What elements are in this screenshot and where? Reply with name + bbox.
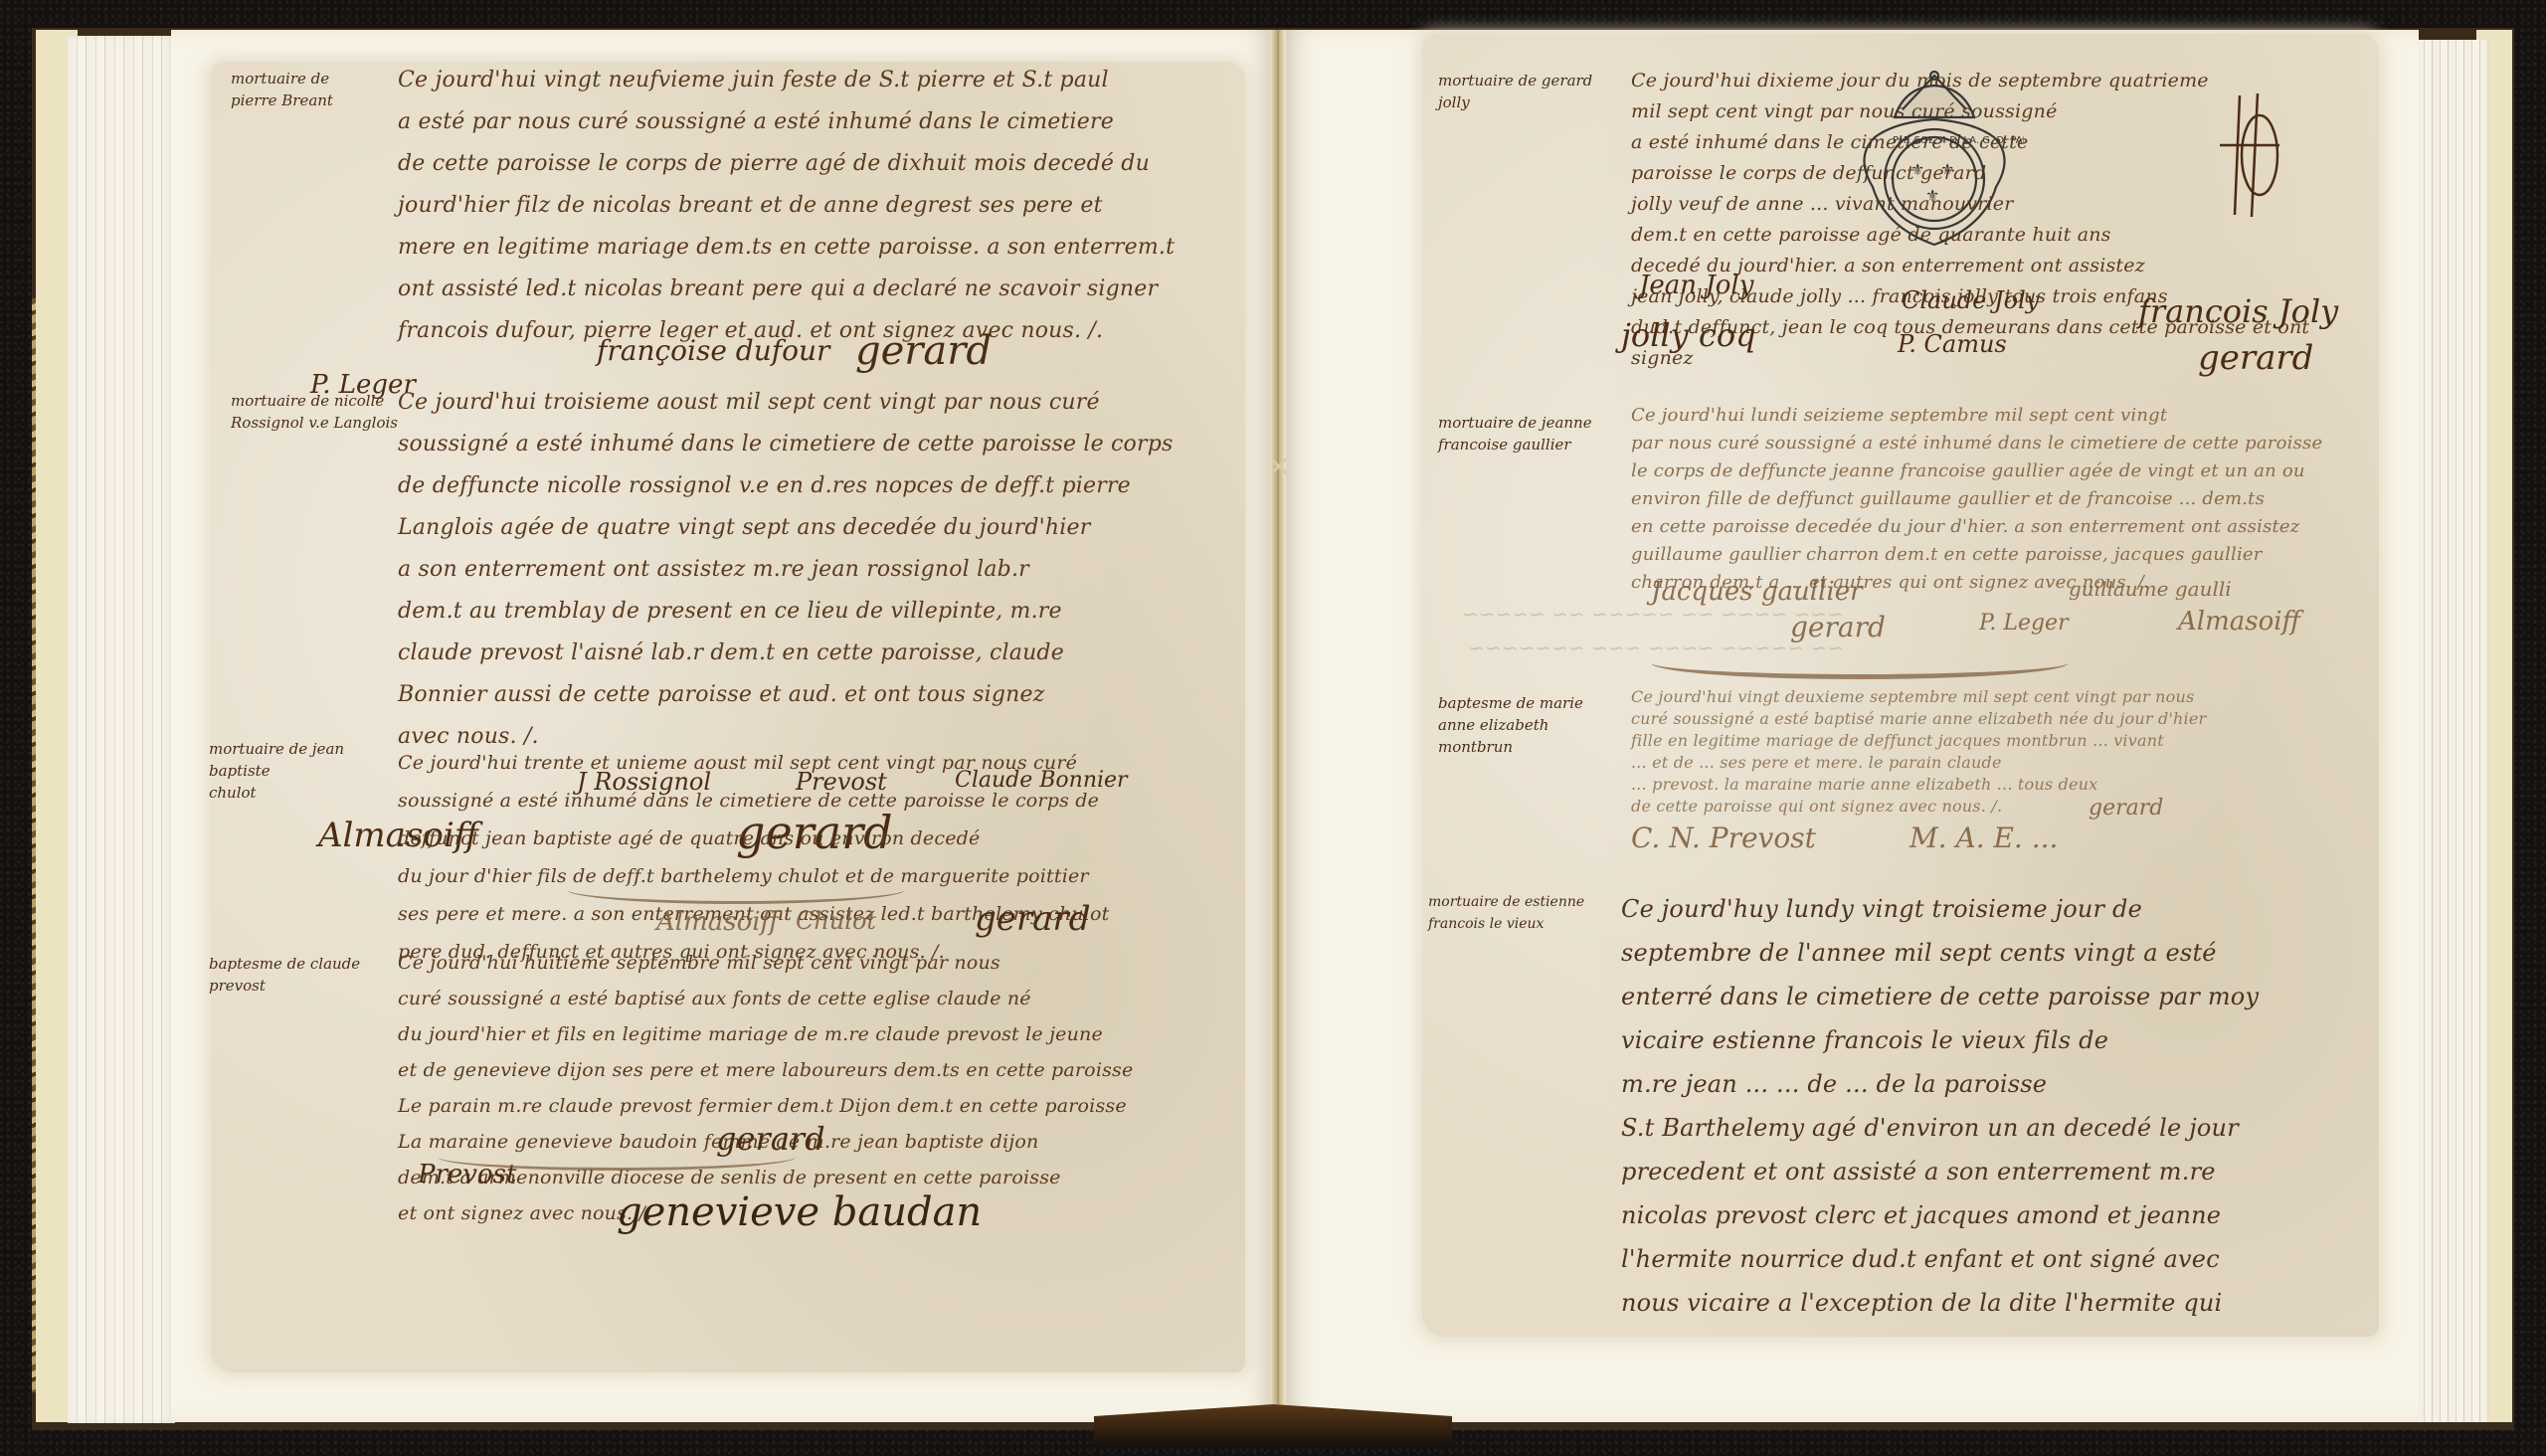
margin-title-line: francoise gaullier <box>1438 436 1571 454</box>
svg-text:⚜: ⚜ <box>1940 160 1954 179</box>
entry-line: de deffuncte nicolle rossignol v.e en d.… <box>398 465 1173 507</box>
entry-line: deffunct jean baptiste agé de quatre ans… <box>398 819 1110 857</box>
margin-title-line: mortuaire de gerard <box>1438 72 1592 90</box>
binding-thread-icon: ✕ <box>1261 453 1297 482</box>
stamp-text: P. P. SOL. 4 D. LA. G. D. PARIS <box>1893 135 2024 146</box>
entry-line: Ce jourd'huy lundy vingt troisieme jour … <box>1621 887 2259 931</box>
bleed-through-text: ~~~ ~~~~ ~~ ~~~~~ ~~ ~~~~~ ~~ ~~~~~ ~~~~… <box>1462 597 1844 664</box>
entry-line: et de genevieve dijon ses pere et mere l… <box>398 1052 1133 1088</box>
entry-line: precedent et ont assisté a son enterreme… <box>1621 1150 2259 1193</box>
signature: C. N. Prevost <box>1631 821 1816 854</box>
entry-line: a son enterrement ont assistez m.re jean… <box>398 549 1173 591</box>
entry-line: Ce jourd'hui huitieme septembre mil sept… <box>398 945 1133 981</box>
entry-line: par nous curé soussigné a esté inhumé da… <box>1631 430 2322 457</box>
signature: guillaume gaulli <box>2069 577 2232 601</box>
signature-flourish <box>438 1144 796 1171</box>
signature: P. Camus <box>1898 330 2007 358</box>
entry-line: S.t Barthelemy agé d'environ un an deced… <box>1621 1106 2259 1150</box>
entry-line: septembre de l'annee mil sept cents ving… <box>1621 931 2259 975</box>
signature: gerard <box>2198 338 2313 378</box>
entry-line: Le parain m.re claude prevost fermier de… <box>398 1088 1133 1124</box>
signature: françoise dufour <box>597 334 829 367</box>
book-gutter <box>1270 30 1286 1432</box>
entry-line: curé soussigné a esté baptisé marie anne… <box>1631 708 2206 730</box>
margin-title-line: mortuaire de jean baptiste <box>209 740 344 780</box>
entry-line: le corps de deffuncte jeanne francoise g… <box>1631 457 2322 485</box>
register-entry-burial-estienne-francois-le-vieux: Ce jourd'huy lundy vingt troisieme jour … <box>1621 887 2259 1325</box>
signature: Jean Joly <box>1639 271 1753 300</box>
margin-title-line: baptesme de claude <box>209 955 360 973</box>
entry-line: claude prevost l'aisné lab.r dem.t en ce… <box>398 633 1173 674</box>
entry-line: Ce jourd'hui trente et unieme aoust mil … <box>398 744 1110 782</box>
entry-line: Langlois agée de quatre vingt sept ans d… <box>398 507 1173 549</box>
margin-title-line: jolly <box>1438 93 1470 111</box>
margin-title-line: chulot <box>209 784 257 802</box>
svg-text:⚜: ⚜ <box>1925 186 1939 205</box>
margin-mark-icon <box>2210 86 2289 225</box>
margin-title-line: prevost <box>209 977 266 995</box>
entry-line: Ce jourd'hui vingt neufvieme juin feste … <box>398 60 1175 101</box>
margin-title: baptesme de claude prevost <box>209 953 408 997</box>
entry-line: du jour d'hier fils de deff.t barthelemy… <box>398 857 1110 895</box>
register-entry-burial-pierre-breant: Ce jourd'hui vingt neufvieme juin feste … <box>398 60 1175 352</box>
margin-title: mortuaire de gerard jolly <box>1438 70 1637 113</box>
margin-title-line: mortuaire de nicolle <box>231 392 384 410</box>
entry-line: enterré dans le cimetiere de cette paroi… <box>1621 975 2259 1018</box>
margin-title-line: Rossignol v.e Langlois <box>231 414 398 432</box>
svg-text:⚜: ⚜ <box>1910 160 1924 179</box>
signature: gerard <box>855 328 992 374</box>
entry-line: vicaire estienne francois le vieux fils … <box>1621 1018 2259 1062</box>
entry-line: curé soussigné a esté baptisé aux fonts … <box>398 981 1133 1016</box>
entry-line: jourd'hier filz de nicolas breant et de … <box>398 185 1175 227</box>
signature: francois Joly <box>2138 292 2338 330</box>
entry-line: mere en legitime mariage dem.ts en cette… <box>398 227 1175 269</box>
signature: genevieve baudan <box>617 1189 982 1235</box>
margin-title-line: mortuaire de <box>231 70 329 88</box>
entry-line: fille en legitime mariage de deffunct ja… <box>1631 730 2206 752</box>
entry-line: l'hermite nourrice dud.t enfant et ont s… <box>1621 1237 2259 1281</box>
margin-title: mortuaire de jeanne francoise gaullier <box>1438 412 1637 455</box>
margin-title: mortuaire de jean baptiste chulot <box>209 738 408 804</box>
signature: jolly coq <box>1621 316 1756 354</box>
entry-line: ... prevost. la maraine marie anne eliza… <box>1631 774 2206 796</box>
register-entry-burial-jeanne-francoise-gaullier: Ce jourd'hui lundi seizieme septembre mi… <box>1631 402 2322 597</box>
entry-line: ... et de ... ses pere et mere. le parai… <box>1631 752 2206 774</box>
entry-line: soussigné a esté inhumé dans le cimetier… <box>398 782 1110 819</box>
margin-title-line: mortuaire de estienne <box>1428 894 1584 910</box>
entry-line: m.re jean ... ... de ... de la paroisse <box>1621 1062 2259 1106</box>
signature: Almasoiff <box>2178 607 2300 637</box>
page-stack-right <box>2417 40 2488 1422</box>
entry-line: Ce jourd'hui lundi seizieme septembre mi… <box>1631 402 2322 430</box>
entry-line: de cette paroisse le corps de pierre agé… <box>398 143 1175 185</box>
signature: M. A. E. ... <box>1909 821 2058 854</box>
entry-line: environ fille de deffunct guillaume gaul… <box>1631 485 2322 513</box>
signature: P. Leger <box>1979 611 2069 636</box>
margin-title-line: anne elizabeth <box>1438 716 1548 734</box>
page-stack-left <box>68 36 175 1423</box>
entry-line: nous vicaire a l'exception de la dite l'… <box>1621 1281 2259 1325</box>
signature: Almasoiff <box>656 907 779 937</box>
signature: Chulot <box>796 907 876 935</box>
entry-line: a esté par nous curé soussigné a esté in… <box>398 101 1175 143</box>
margin-title-line: francois le vieux <box>1428 916 1544 932</box>
entry-line: guillaume gaullier charron dem.t en cett… <box>1631 541 2322 569</box>
margin-title-line: montbrun <box>1438 738 1513 756</box>
royal-stamp-icon: ⚜⚜⚜ P. P. SOL. 4 D. LA. G. D. PARIS <box>1845 68 2024 257</box>
signature: Claude Joly <box>1902 286 2039 314</box>
signature: gerard <box>975 899 1090 939</box>
margin-title: baptesme de marie anne elizabeth montbru… <box>1438 692 1637 758</box>
register-entry-burial-nicolle-rossignol: Ce jourd'hui troisieme aoust mil sept ce… <box>398 382 1173 758</box>
margin-title-line: baptesme de marie <box>1438 694 1583 712</box>
entry-line: Ce jourd'hui vingt deuxieme septembre mi… <box>1631 686 2206 708</box>
margin-title: mortuaire de estienne francois le vieux <box>1428 891 1627 935</box>
entry-line: Bonnier aussi de cette paroisse et aud. … <box>398 674 1173 716</box>
entry-line: du jourd'hier et fils en legitime mariag… <box>398 1016 1133 1052</box>
entry-line: Ce jourd'hui troisieme aoust mil sept ce… <box>398 382 1173 424</box>
entry-line: dem.t au tremblay de present en ce lieu … <box>398 591 1173 633</box>
entry-line: nicolas prevost clerc et jacques amond e… <box>1621 1193 2259 1237</box>
margin-title-line: pierre Breant <box>231 91 333 109</box>
signature: gerard <box>2089 796 2163 820</box>
margin-title-line: mortuaire de jeanne <box>1438 414 1592 432</box>
entry-line: en cette paroisse decedée du jour d'hier… <box>1631 513 2322 541</box>
entry-line: soussigné a esté inhumé dans le cimetier… <box>398 424 1173 465</box>
entry-line: ont assisté led.t nicolas breant pere qu… <box>398 269 1175 310</box>
